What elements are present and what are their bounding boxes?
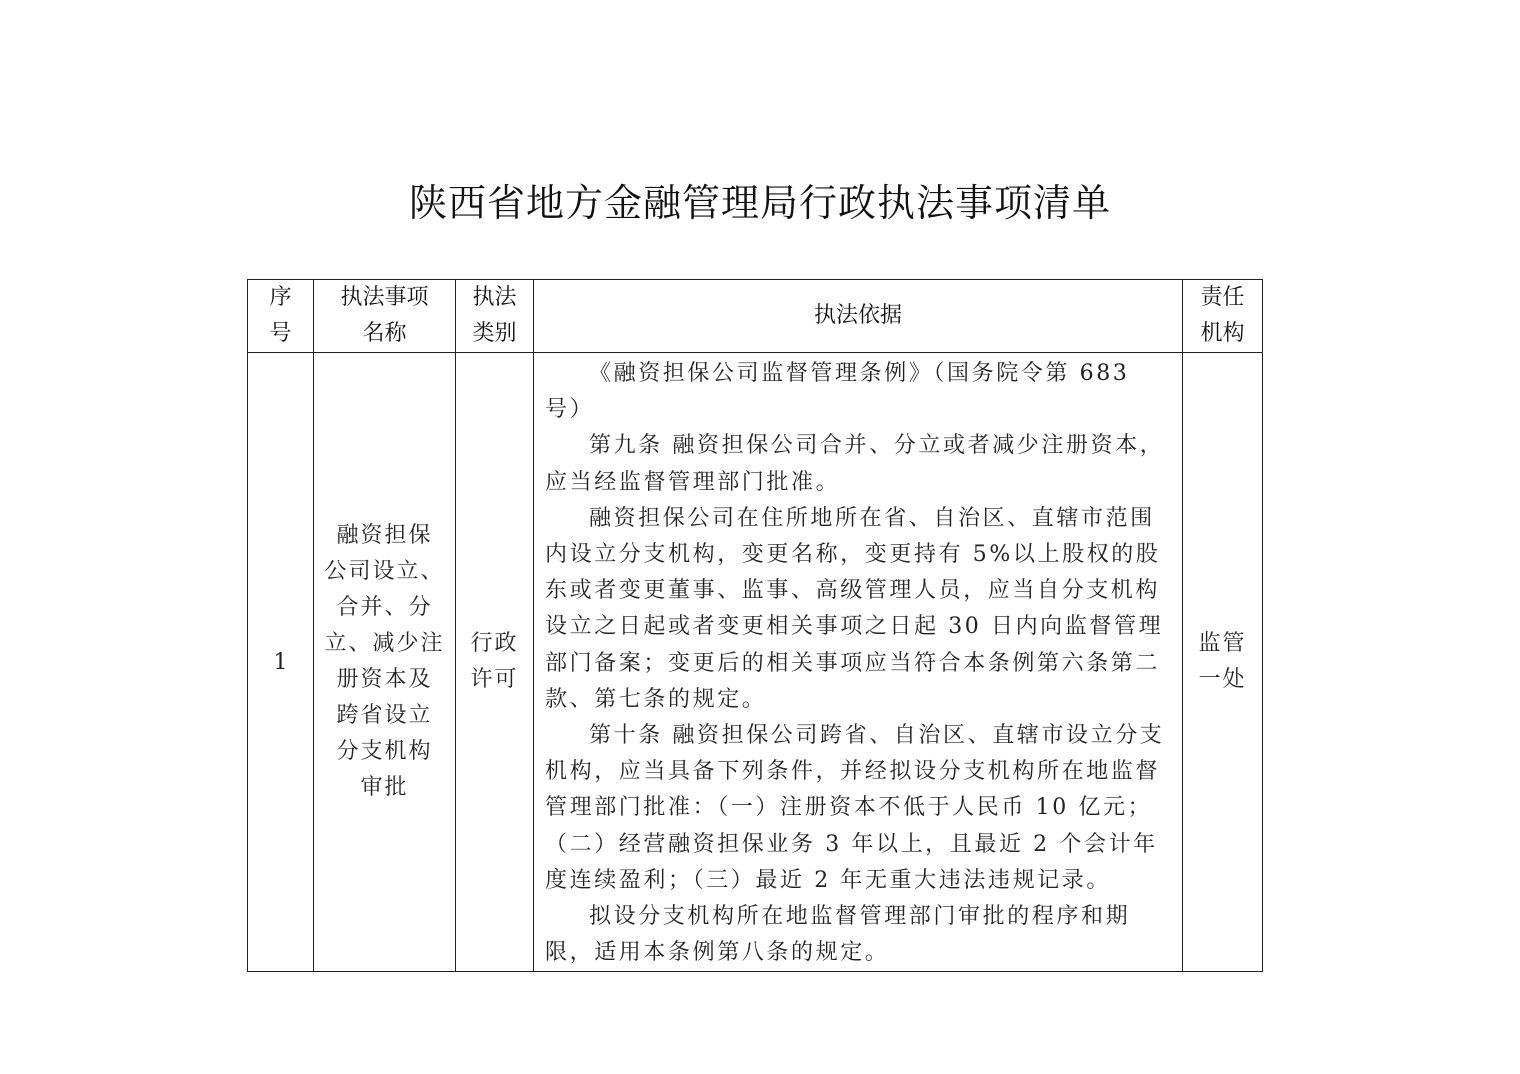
row-enforcement-type: 行政 许可	[456, 353, 534, 972]
table-row: 1 融资担保 公司设立、 合并、分 立、减少注 册资本及 跨省设立 分支机构 审…	[248, 353, 1263, 972]
row-legal-basis: 《融资担保公司监督管理条例》（国务院令第 683 号） 第九条 融资担保公司合并…	[534, 353, 1183, 972]
row-responsible-org: 监管 一处	[1183, 353, 1263, 972]
basis-article-9: 第九条 融资担保公司合并、分立或者减少注册资本，应当经监督管理部门批准。	[545, 428, 1174, 500]
table-header-row: 序 号 执法事项 名称 执法 类别 执法依据 责任 机构	[248, 280, 1263, 353]
row-item-name: 融资担保 公司设立、 合并、分 立、减少注 册资本及 跨省设立 分支机构 审批	[314, 353, 456, 972]
basis-article-10-para-2: 拟设分支机构所在地监督管理部门审批的程序和期限，适用本条例第八条的规定。	[545, 899, 1174, 971]
page-title: 陕西省地方金融管理局行政执法事项清单	[0, 175, 1520, 231]
header-item-name: 执法事项 名称	[314, 280, 456, 353]
header-legal-basis: 执法依据	[534, 280, 1183, 353]
basis-article-10: 第十条 融资担保公司跨省、自治区、直辖市设立分支机构，应当具备下列条件，并经拟设…	[545, 718, 1174, 899]
header-responsible-org: 责任 机构	[1183, 280, 1263, 353]
basis-law-title: 《融资担保公司监督管理条例》（国务院令第 683 号）	[545, 356, 1174, 428]
header-serial-number: 序 号	[248, 280, 314, 353]
enforcement-items-table: 序 号 执法事项 名称 执法 类别 执法依据 责任 机构	[247, 279, 1263, 972]
row-serial-number: 1	[248, 353, 314, 972]
basis-article-9-para-2: 融资担保公司在住所地所在省、自治区、直辖市范围内设立分支机构，变更名称，变更持有…	[545, 501, 1174, 718]
header-enforcement-type: 执法 类别	[456, 280, 534, 353]
